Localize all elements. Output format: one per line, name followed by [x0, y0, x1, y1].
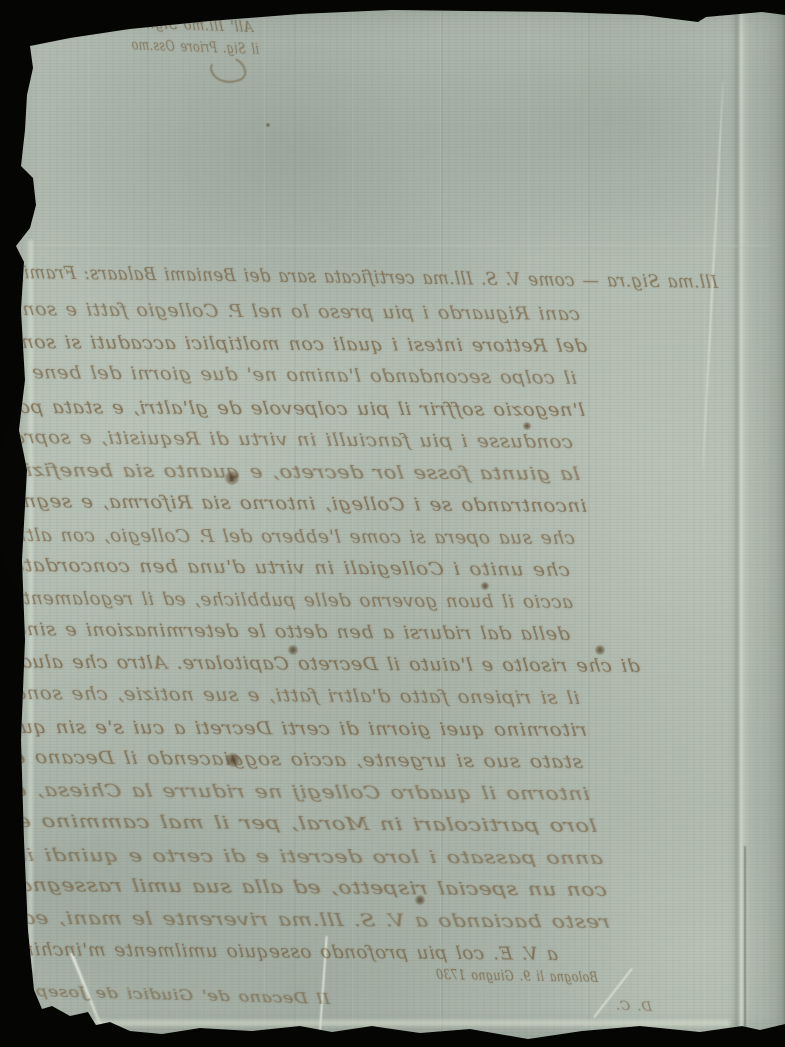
manuscript-page: All' Ill.mo Sig.reil Sig. Priore Oss.moI…	[0, 0, 785, 1047]
paper-vignette	[0, 0, 785, 1047]
scanner-background: All' Ill.mo Sig.reil Sig. Priore Oss.moI…	[0, 0, 785, 1047]
